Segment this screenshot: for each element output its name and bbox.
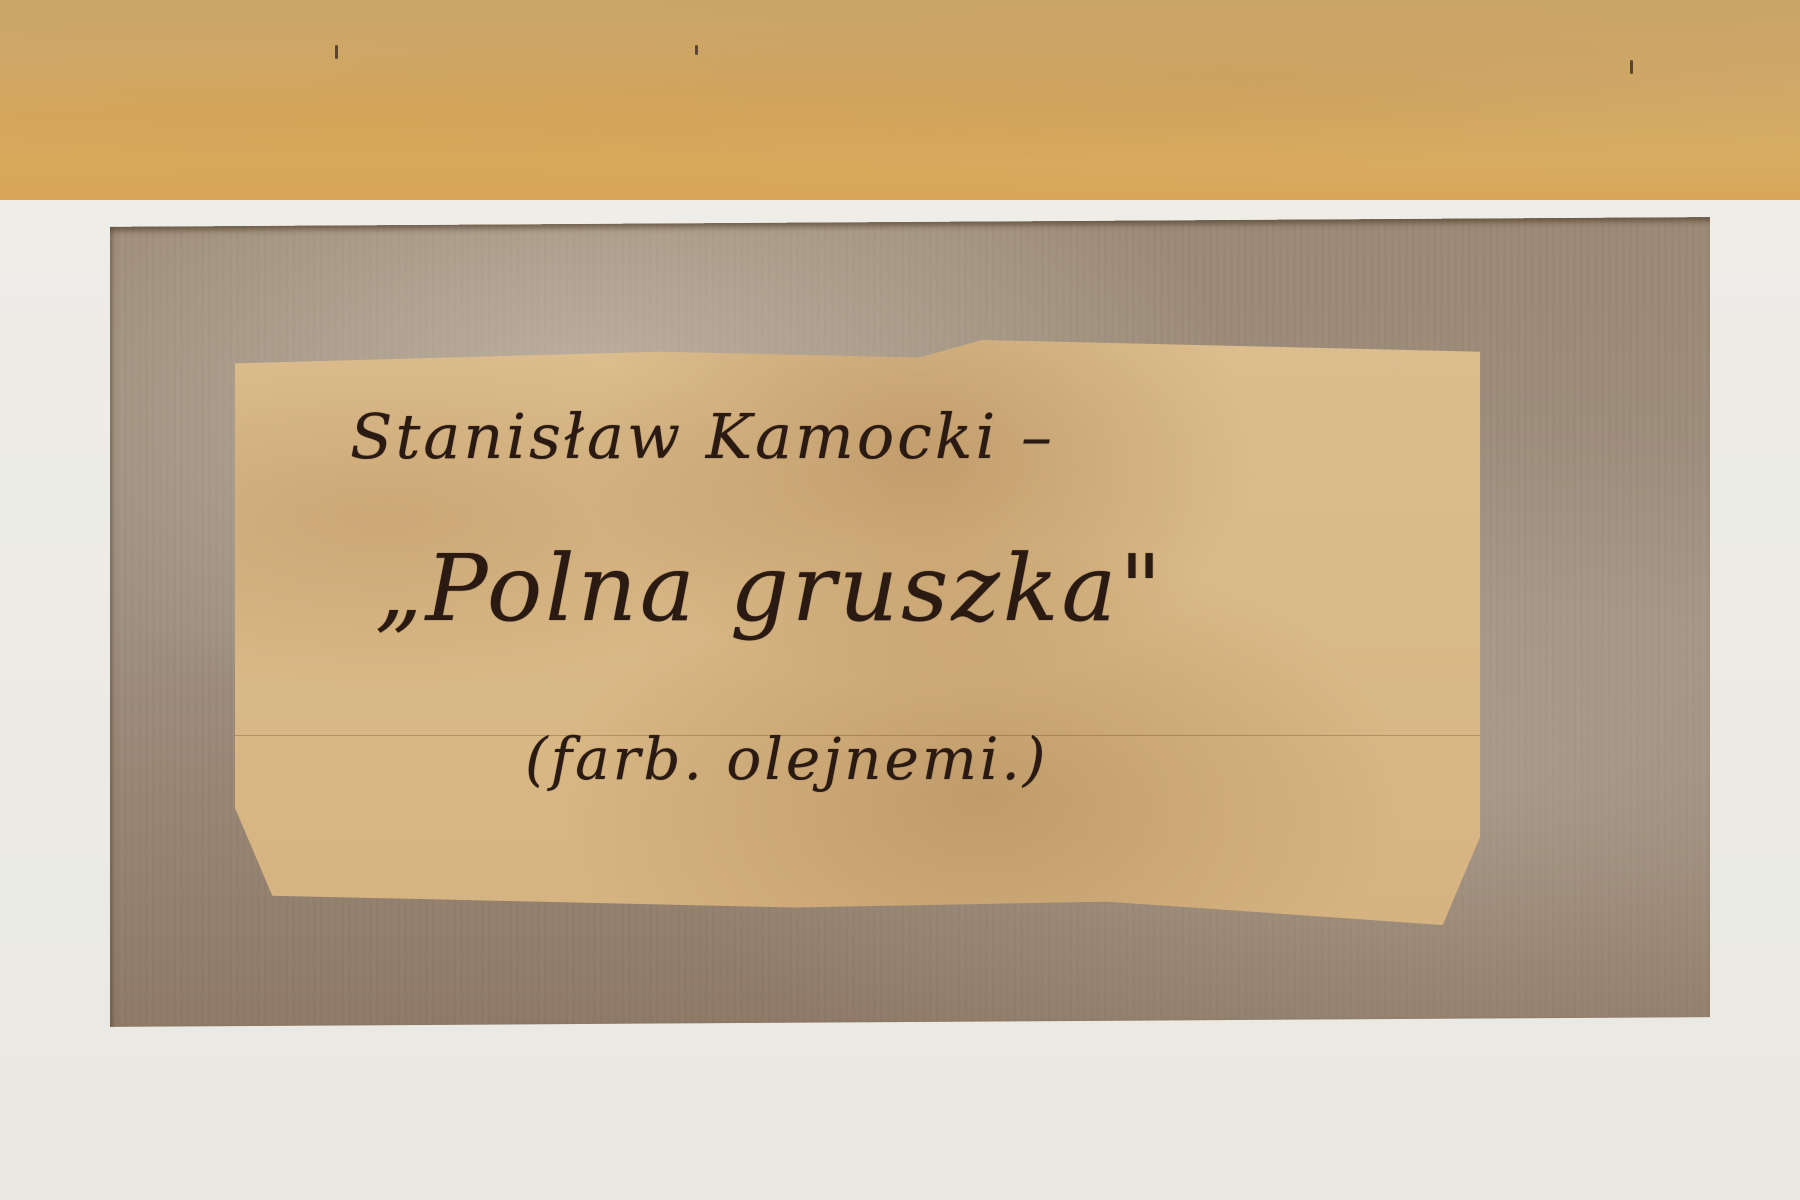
artwork-title-text: „Polna gruszka" (375, 535, 1165, 642)
medium-text: (farb. olejnemi.) (525, 725, 1048, 793)
tape-nick-mark (335, 45, 338, 59)
tape-nick-mark (1630, 60, 1633, 74)
artist-name-text: Stanisław Kamocki – (350, 400, 1055, 473)
handwritten-paper-label: Stanisław Kamocki – „Polna gruszka" (far… (235, 340, 1480, 925)
tape-nick-mark (695, 45, 698, 55)
kraft-tape-strip (0, 0, 1800, 200)
